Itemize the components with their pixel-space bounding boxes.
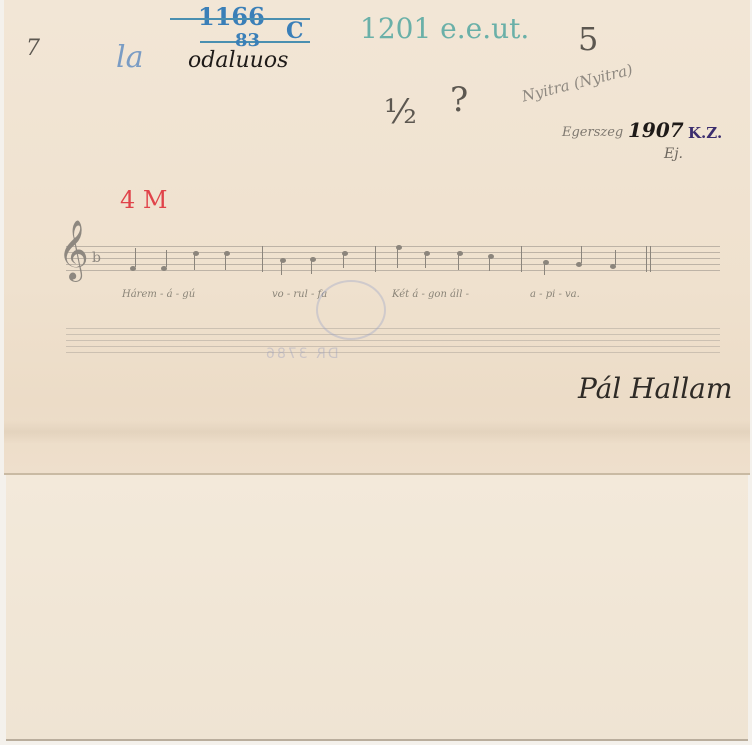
barline [262,246,263,272]
note-stem [458,254,459,270]
place-name-lower: Egerszeg [562,125,623,140]
page-number-right: 5 [578,20,598,58]
note-stem [281,261,282,275]
lyric-line: Két á - gon áll - [392,289,469,300]
barline [521,246,522,272]
paper-fold [4,420,750,444]
lyric-line: a - pi - va. [530,289,580,300]
faint-stamp-number: DR 3786 [264,346,339,362]
question-mark: ? [450,80,468,120]
note-stem [311,260,312,274]
key-signature-flat: b [92,250,101,266]
scanned-manuscript: 7 1166 C 83 la odaluuos 1201 e.e.ut. 5 ½… [0,0,752,745]
note-stem [135,248,136,267]
collector-stamp: K.Z. [688,124,722,142]
note-stem [425,254,426,268]
song-title: odaluuos [188,48,288,73]
signature: Pál Hallam [578,372,732,405]
treble-clef-icon: 𝄞 [58,220,89,281]
collector-initials: Ej. [664,146,683,162]
note-stem [166,250,167,267]
year: 1907 [628,118,684,142]
empty-music-staff [66,328,720,354]
library-stamp [316,280,386,340]
note-stem [343,254,344,268]
double-barline [650,246,651,272]
lower-sheet [6,475,748,741]
note-stem [194,254,195,270]
page-number-left: 7 [26,36,40,61]
double-barline [646,246,647,272]
catalog-number-struck: 1166 [198,2,265,31]
note-stem [225,254,226,270]
red-pencil-mark: 4 M [120,186,167,214]
archive-number: 1201 e.e.ut. [360,12,529,45]
lyric-line: Hárem - á - gú [122,289,195,300]
barline [375,246,376,272]
note-stem [397,248,398,268]
title-prefix: la [116,40,143,75]
note-stem [581,246,582,263]
note-stem [544,263,545,275]
note-stem [489,257,490,271]
fraction-mark: ½ [384,92,417,132]
note-stem [615,250,616,265]
